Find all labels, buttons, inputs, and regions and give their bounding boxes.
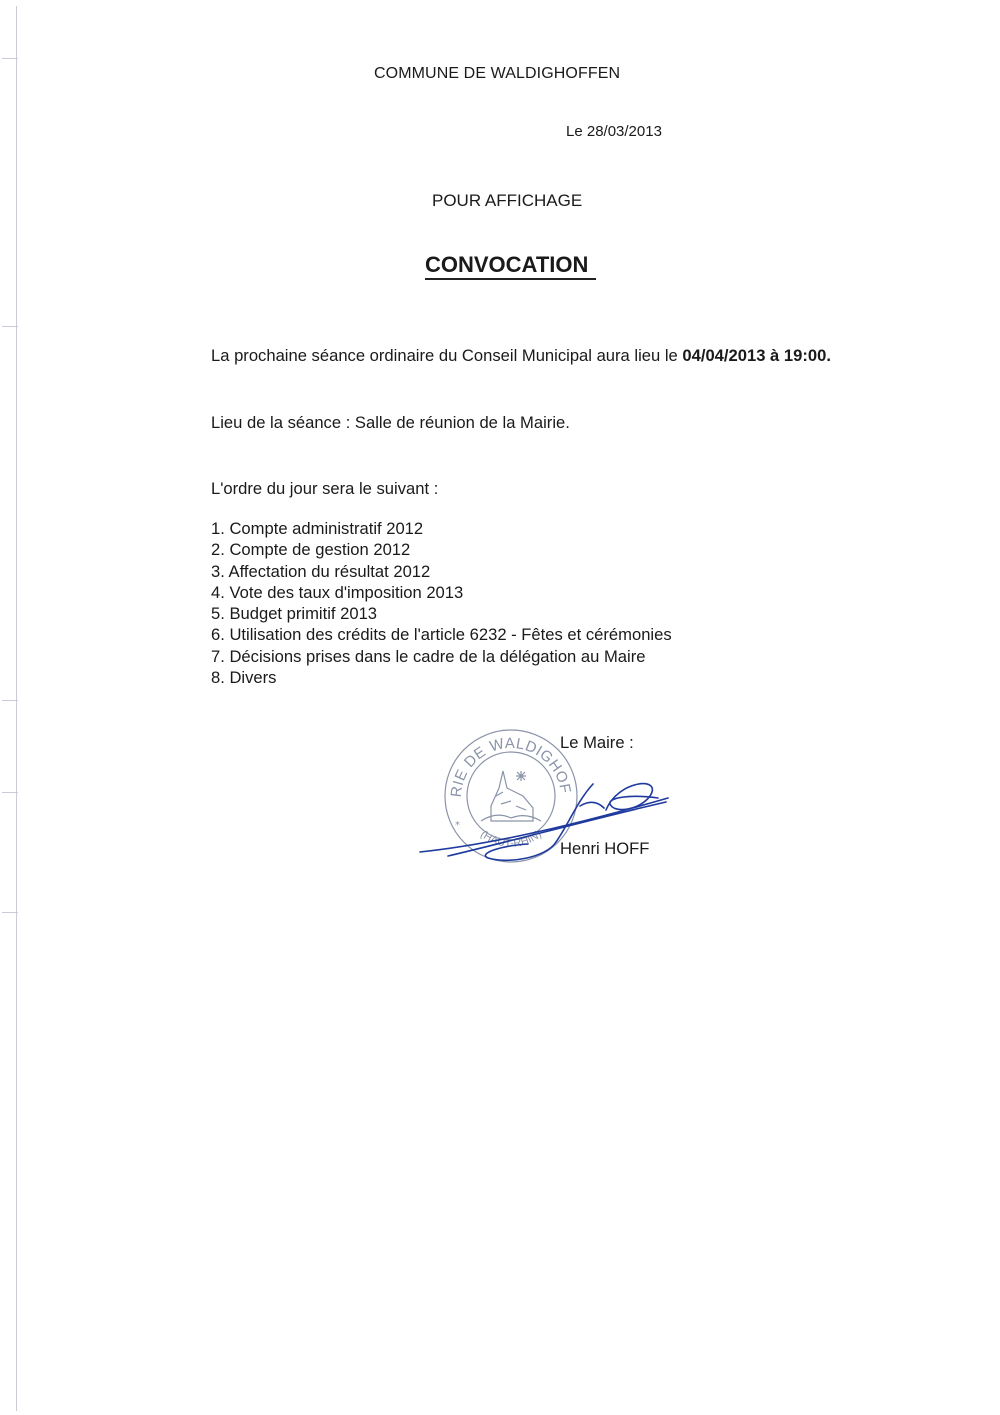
scan-edge-tick xyxy=(2,326,18,327)
scan-edge-line xyxy=(16,6,17,1411)
agenda-item: 4. Vote des taux d'imposition 2013 xyxy=(211,582,672,603)
commune-name: COMMUNE DE WALDIGHOFFEN xyxy=(374,65,620,83)
meeting-intro: La prochaine séance ordinaire du Conseil… xyxy=(211,346,682,365)
meeting-announcement: La prochaine séance ordinaire du Conseil… xyxy=(211,345,851,366)
agenda-item: 6. Utilisation des crédits de l'article … xyxy=(211,624,672,645)
agenda-item: 1. Compte administratif 2012 xyxy=(211,518,672,539)
scan-edge-tick xyxy=(2,912,18,913)
scan-edge-tick xyxy=(2,792,18,793)
scan-edge-tick xyxy=(2,58,18,59)
handwritten-signature xyxy=(418,770,678,865)
document-title: CONVOCATION xyxy=(425,253,596,280)
document-date: Le 28/03/2013 xyxy=(566,123,662,140)
posting-notice: POUR AFFICHAGE xyxy=(432,191,582,211)
agenda-intro: L'ordre du jour sera le suivant : xyxy=(211,478,851,499)
meeting-datetime: 04/04/2013 à 19:00. xyxy=(682,346,831,365)
meeting-location: Lieu de la séance : Salle de réunion de … xyxy=(211,412,851,433)
agenda-item: 5. Budget primitif 2013 xyxy=(211,603,672,624)
agenda-list: 1. Compte administratif 2012 2. Compte d… xyxy=(211,518,672,688)
signatory-role: Le Maire : xyxy=(560,733,634,753)
agenda-item: 8. Divers xyxy=(211,667,672,688)
agenda-item: 7. Décisions prises dans le cadre de la … xyxy=(211,646,672,667)
scan-edge-tick xyxy=(2,700,18,701)
agenda-item: 2. Compte de gestion 2012 xyxy=(211,539,672,560)
agenda-item: 3. Affectation du résultat 2012 xyxy=(211,561,672,582)
